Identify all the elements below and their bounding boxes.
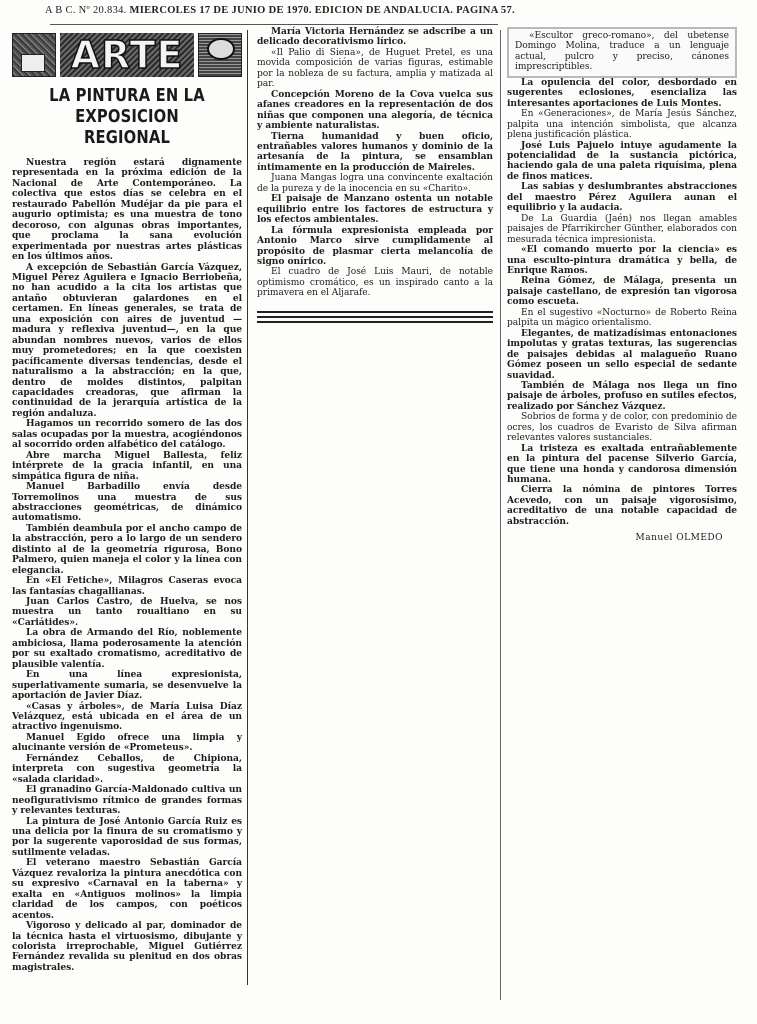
article-paragraph: En «El Fetiche», Milagros Caseras evoca … xyxy=(12,576,242,597)
section-masthead: ARTE xyxy=(12,33,242,77)
article-paragraph: Las sabias y deslumbrantes abstracciones… xyxy=(507,182,737,213)
header-rule xyxy=(50,24,498,25)
article-paragraph: Cierra la nómina de pintores Torres Acev… xyxy=(507,485,737,527)
article-paragraph: Abre marcha Miguel Ballesta, feliz intér… xyxy=(12,451,242,482)
article-paragraph: Manuel Egido ofrece una limpia y alucina… xyxy=(12,733,242,754)
article-paragraph: «El comando muerto por la ciencia» es un… xyxy=(507,245,737,276)
article-byline: Manuel OLMEDO xyxy=(507,533,737,543)
article-paragraph: Manuel Barbadillo envía desde Torremolin… xyxy=(12,482,242,524)
section-end-rule xyxy=(257,311,493,323)
article-paragraph: A excepción de Sebastián García Vázquez,… xyxy=(12,263,242,420)
article-paragraph: Tierna humanidad y buen oficio, entrañab… xyxy=(257,132,493,174)
article-paragraph: La tristeza es exaltada entrañablemente … xyxy=(507,444,737,486)
article-paragraph: Elegantes, de matizadísimas entonaciones… xyxy=(507,329,737,381)
article-paragraph: José Luis Pajuelo intuye agudamente la p… xyxy=(507,141,737,183)
issue-date: MIERCOLES 17 DE JUNIO DE 1970. xyxy=(130,5,312,16)
article-column-3: «Escultor greco-romano», del ubetense Do… xyxy=(507,27,737,544)
article-paragraph: También deambula por el ancho campo de l… xyxy=(12,524,242,576)
article-paragraph: También de Málaga nos llega un fino pais… xyxy=(507,381,737,412)
article-paragraph: María Victoria Hernández se adscribe a u… xyxy=(257,27,493,48)
article-column-1: ARTE LA PINTURA EN LA EXPOSICION REGIONA… xyxy=(12,27,242,973)
article-paragraph: Hagamos un recorrido somero de las dos s… xyxy=(12,419,242,450)
masthead-ornament-left-icon xyxy=(12,33,56,77)
article-paragraph: Juana Mangas logra una convincente exalt… xyxy=(257,173,493,194)
section-title: ARTE xyxy=(60,33,194,77)
article-paragraph: «Casas y árboles», de María Luisa Díaz V… xyxy=(12,702,242,733)
page-header: A B C. Nº 20.834. MIERCOLES 17 DE JUNIO … xyxy=(45,5,705,16)
article-paragraph: De La Guardia (Jaén) nos llegan amables … xyxy=(507,214,737,245)
issue-number: Nº 20.834. xyxy=(79,5,127,16)
article-paragraph: La opulencia del color, desbordado en su… xyxy=(507,78,737,109)
article-paragraph: En «Generaciones», de María Jesús Sánche… xyxy=(507,109,737,140)
edition-name: EDICION DE ANDALUCIA. xyxy=(315,5,453,16)
article-paragraph: El granadino García-Maldonado cultiva un… xyxy=(12,785,242,816)
article-paragraph: La fórmula expresionista empleada por An… xyxy=(257,226,493,268)
column-divider xyxy=(500,30,501,1000)
article-column-2: María Victoria Hernández se adscribe a u… xyxy=(257,27,493,326)
article-paragraph: El paisaje de Manzano ostenta un notable… xyxy=(257,194,493,225)
column-1-body: Nuestra región estará dignamente represe… xyxy=(12,158,242,973)
article-paragraph: La pintura de José Antonio García Ruiz e… xyxy=(12,817,242,859)
article-paragraph: Sobrios de forma y de color, con predomi… xyxy=(507,412,737,443)
article-paragraph: Fernández Ceballos, de Chipiona, interpr… xyxy=(12,754,242,785)
page-number: PAGINA 57. xyxy=(456,5,515,16)
article-paragraph: Concepción Moreno de la Cova vuelca sus … xyxy=(257,90,493,132)
article-paragraph: «Il Palio di Siena», de Huguet Pretel, e… xyxy=(257,48,493,90)
masthead-palette-icon xyxy=(198,33,242,77)
article-paragraph: La obra de Armando del Río, noblemente a… xyxy=(12,628,242,670)
article-paragraph: En una línea expresionista, superlativam… xyxy=(12,670,242,701)
column-3-body: La opulencia del color, desbordado en su… xyxy=(507,78,737,527)
article-paragraph: Vigoroso y delicado al par, dominador de… xyxy=(12,921,242,973)
publication-name: A B C. xyxy=(45,5,76,16)
article-headline: LA PINTURA EN LA EXPOSICION REGIONAL xyxy=(33,85,222,148)
article-paragraph: Nuestra región estará dignamente represe… xyxy=(12,158,242,263)
article-paragraph: Reina Gómez, de Málaga, presenta un pais… xyxy=(507,276,737,307)
boxed-paragraph: «Escultor greco-romano», del ubetense Do… xyxy=(507,27,737,78)
column-2-body: María Victoria Hernández se adscribe a u… xyxy=(257,27,493,299)
article-paragraph: El cuadro de José Luis Mauri, de notable… xyxy=(257,267,493,298)
article-paragraph: En el sugestivo «Nocturno» de Roberto Re… xyxy=(507,308,737,329)
article-paragraph: Juan Carlos Castro, de Huelva, se nos mu… xyxy=(12,597,242,628)
column-divider xyxy=(247,30,248,985)
article-paragraph: El veterano maestro Sebastián García Váz… xyxy=(12,858,242,921)
